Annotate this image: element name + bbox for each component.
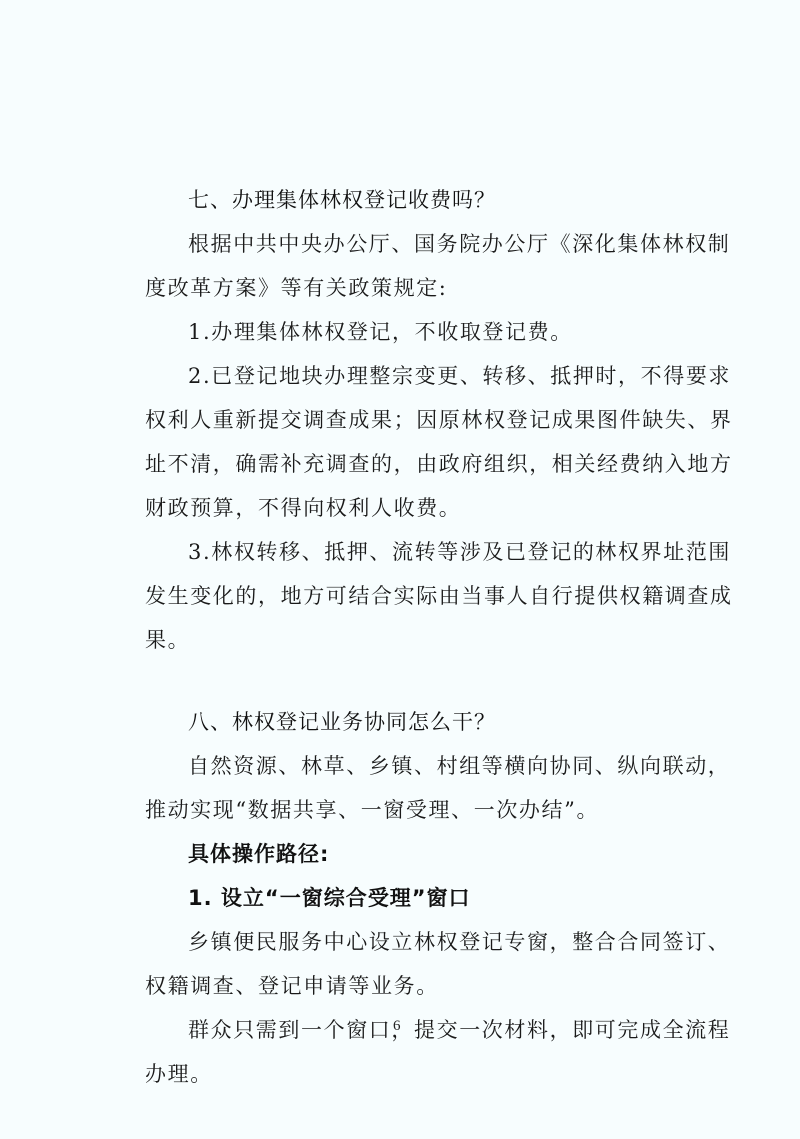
list-item-3: 3.林权转移、抵押、流转等涉及已登记的林权界址范围 bbox=[188, 538, 731, 566]
paragraph-line: 果。 bbox=[145, 626, 190, 654]
paragraph-line: 自然资源、林草、乡镇、村组等横向协同、纵向联动， bbox=[188, 752, 730, 780]
paragraph-line: 推动实现“数据共享、一窗受理、一次办结”。 bbox=[145, 796, 599, 824]
step-1-title: 1. 设立“一窗综合受理”窗口 bbox=[188, 884, 471, 912]
paragraph-line: 发生变化的，地方可结合实际由当事人自行提供权籍调查成 bbox=[145, 582, 733, 610]
operation-path-label: 具体操作路径: bbox=[188, 840, 329, 868]
paragraph-line: 度改革方案》等有关政策规定: bbox=[145, 274, 447, 302]
paragraph-line: 办理。 bbox=[145, 1060, 213, 1088]
paragraph-line: 乡镇便民服务中心设立林权登记专窗，整合合同签订、 bbox=[188, 928, 730, 956]
paragraph-line: 权利人重新提交调查成果；因原林权登记成果图件缺失、界 bbox=[145, 406, 733, 434]
list-item-2: 2.已登记地块办理整宗变更、转移、抵押时，不得要求 bbox=[188, 362, 731, 390]
paragraph-line: 址不清，确需补充调查的，由政府组织，相关经费纳入地方 bbox=[145, 450, 733, 478]
section-8-heading: 八、林权登记业务协同怎么干？ bbox=[188, 708, 496, 736]
paragraph-line: 根据中共中央办公厅、国务院办公厅《深化集体林权制 bbox=[188, 230, 730, 258]
paragraph-line: 财政预算，不得向权利人收费。 bbox=[145, 494, 461, 522]
section-7-heading: 七、办理集体林权登记收费吗？ bbox=[188, 186, 496, 214]
list-item-1: 1.办理集体林权登记，不收取登记费。 bbox=[188, 318, 573, 346]
page-number: 6 bbox=[393, 1018, 401, 1035]
paragraph-line: 权籍调查、登记申请等业务。 bbox=[145, 972, 439, 1000]
paragraph-line: 群众只需到一个窗口，提交一次材料，即可完成全流程 bbox=[188, 1016, 730, 1044]
